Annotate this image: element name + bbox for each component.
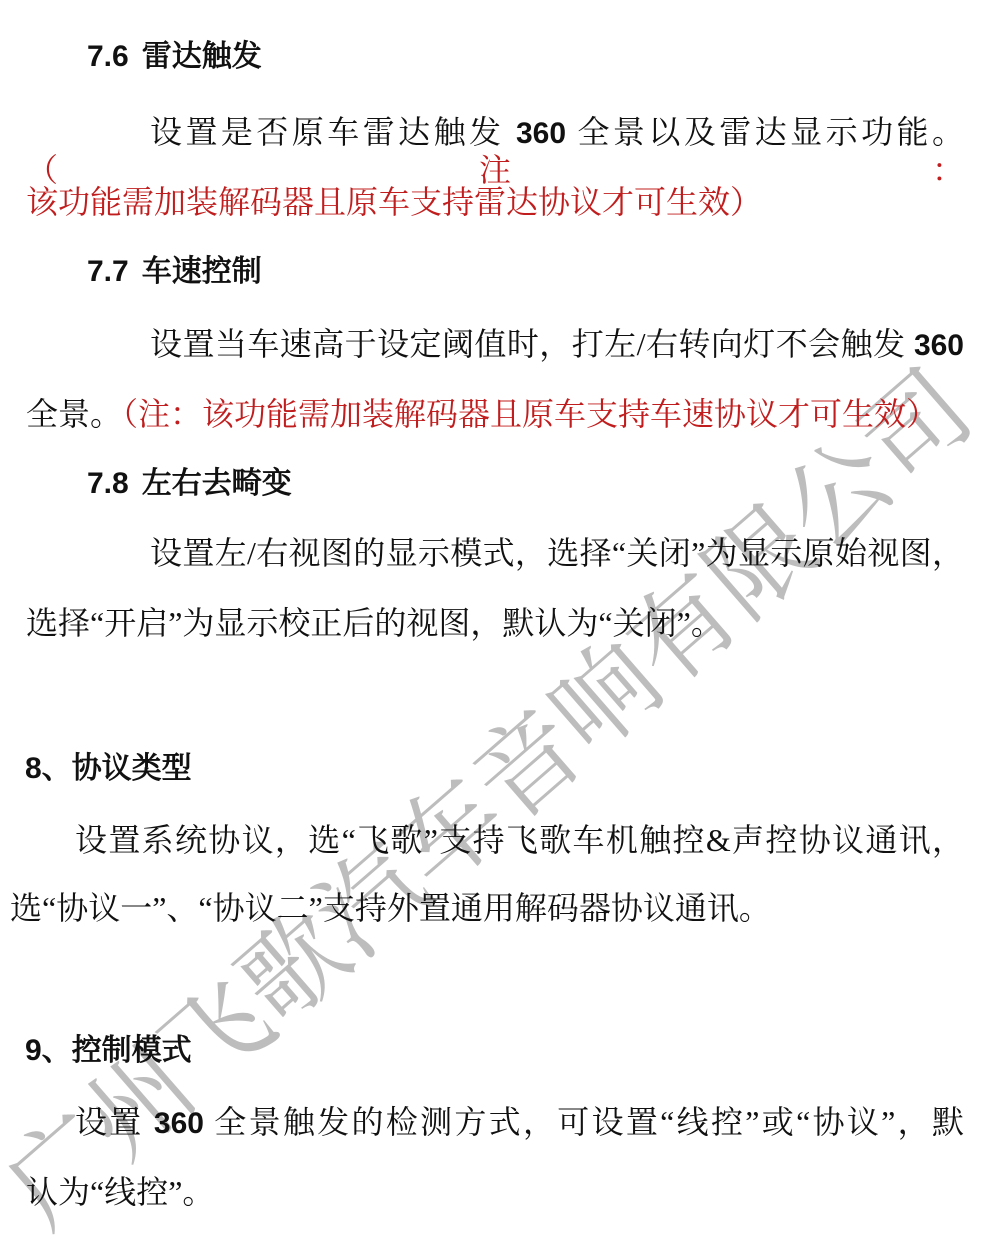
section-heading-8: 8、协议类型 [25, 752, 192, 787]
text-segment-number: 360 [914, 329, 964, 362]
heading-title: 左右去畸变 [142, 467, 292, 500]
section-heading-9: 9、控制模式 [25, 1034, 192, 1069]
text-segment: 选“协议一”、“协议二”支持外置通用解码器协议通讯。 [10, 890, 771, 926]
heading-number: 8、 [25, 752, 72, 787]
text-segment-note: （注： [26, 152, 964, 188]
paragraph-line: 选“协议一”、“协议二”支持外置通用解码器协议通讯。 [10, 890, 771, 927]
text-segment: 设置是否原车雷达触发 [150, 114, 516, 150]
paragraph-line: 设置当车速高于设定阈值时，打左/右转向灯不会触发 360 [26, 326, 964, 364]
text-segment: 设置左/右视图的显示模式，选择“关闭”为显示原始视图， [150, 535, 964, 571]
paragraph-line: 设置 360 全景触发的检测方式，可设置“线控”或“协议”，默 [26, 1104, 964, 1142]
paragraph-line: 该功能需加装解码器且原车支持雷达协议才可生效） [26, 184, 762, 221]
heading-title: 协议类型 [72, 752, 192, 785]
text-segment: 全景以及雷达显示功能。 [566, 114, 964, 150]
heading-number: 7.6 [87, 40, 129, 75]
document-content: 7.6雷达触发 设置是否原车雷达触发 360 全景以及雷达显示功能。（注： 该功… [0, 0, 1000, 1246]
text-segment: 全景。 [26, 396, 122, 432]
document-page: 广州飞歌汽车音响有限公司 7.6雷达触发 设置是否原车雷达触发 360 全景以及… [0, 0, 1000, 1246]
section-heading-7-6: 7.6雷达触发 [87, 40, 262, 75]
heading-title: 雷达触发 [142, 40, 262, 73]
heading-title: 车速控制 [142, 255, 262, 288]
text-segment: 设置系统协议，选“飞歌”支持飞歌车机触控&声控协议通讯， [75, 822, 964, 858]
heading-number: 7.7 [87, 255, 129, 290]
text-segment-number: 360 [516, 117, 566, 150]
heading-number: 9、 [25, 1034, 72, 1069]
paragraph-line: 设置左/右视图的显示模式，选择“关闭”为显示原始视图， [26, 535, 964, 572]
text-segment: 认为“线控”。 [26, 1174, 214, 1210]
paragraph-line: 全景。（注：该功能需加装解码器且原车支持车速协议才可生效） [26, 396, 938, 433]
heading-number: 7.8 [87, 467, 129, 502]
section-heading-7-8: 7.8左右去畸变 [87, 467, 292, 502]
paragraph-line: 选择“开启”为显示校正后的视图，默认为“关闭”。 [26, 605, 723, 642]
text-segment: 设置 [75, 1104, 154, 1140]
text-segment-note: 该功能需加装解码器且原车支持雷达协议才可生效） [26, 184, 762, 220]
paragraph-line: 设置系统协议，选“飞歌”支持飞歌车机触控&声控协议通讯， [26, 822, 964, 859]
text-segment-number: 360 [154, 1107, 204, 1140]
text-segment: 选择“开启”为显示校正后的视图，默认为“关闭”。 [26, 605, 723, 641]
section-heading-7-7: 7.7车速控制 [87, 255, 262, 290]
text-segment-note: （注：该功能需加装解码器且原车支持车速协议才可生效） [122, 396, 938, 432]
text-segment: 全景触发的检测方式，可设置“线控”或“协议”，默 [204, 1104, 964, 1140]
paragraph-line: 认为“线控”。 [26, 1174, 214, 1211]
heading-title: 控制模式 [72, 1034, 192, 1067]
text-segment: 设置当车速高于设定阈值时，打左/右转向灯不会触发 [150, 326, 914, 362]
paragraph-line: 设置是否原车雷达触发 360 全景以及雷达显示功能。（注： [26, 114, 964, 188]
